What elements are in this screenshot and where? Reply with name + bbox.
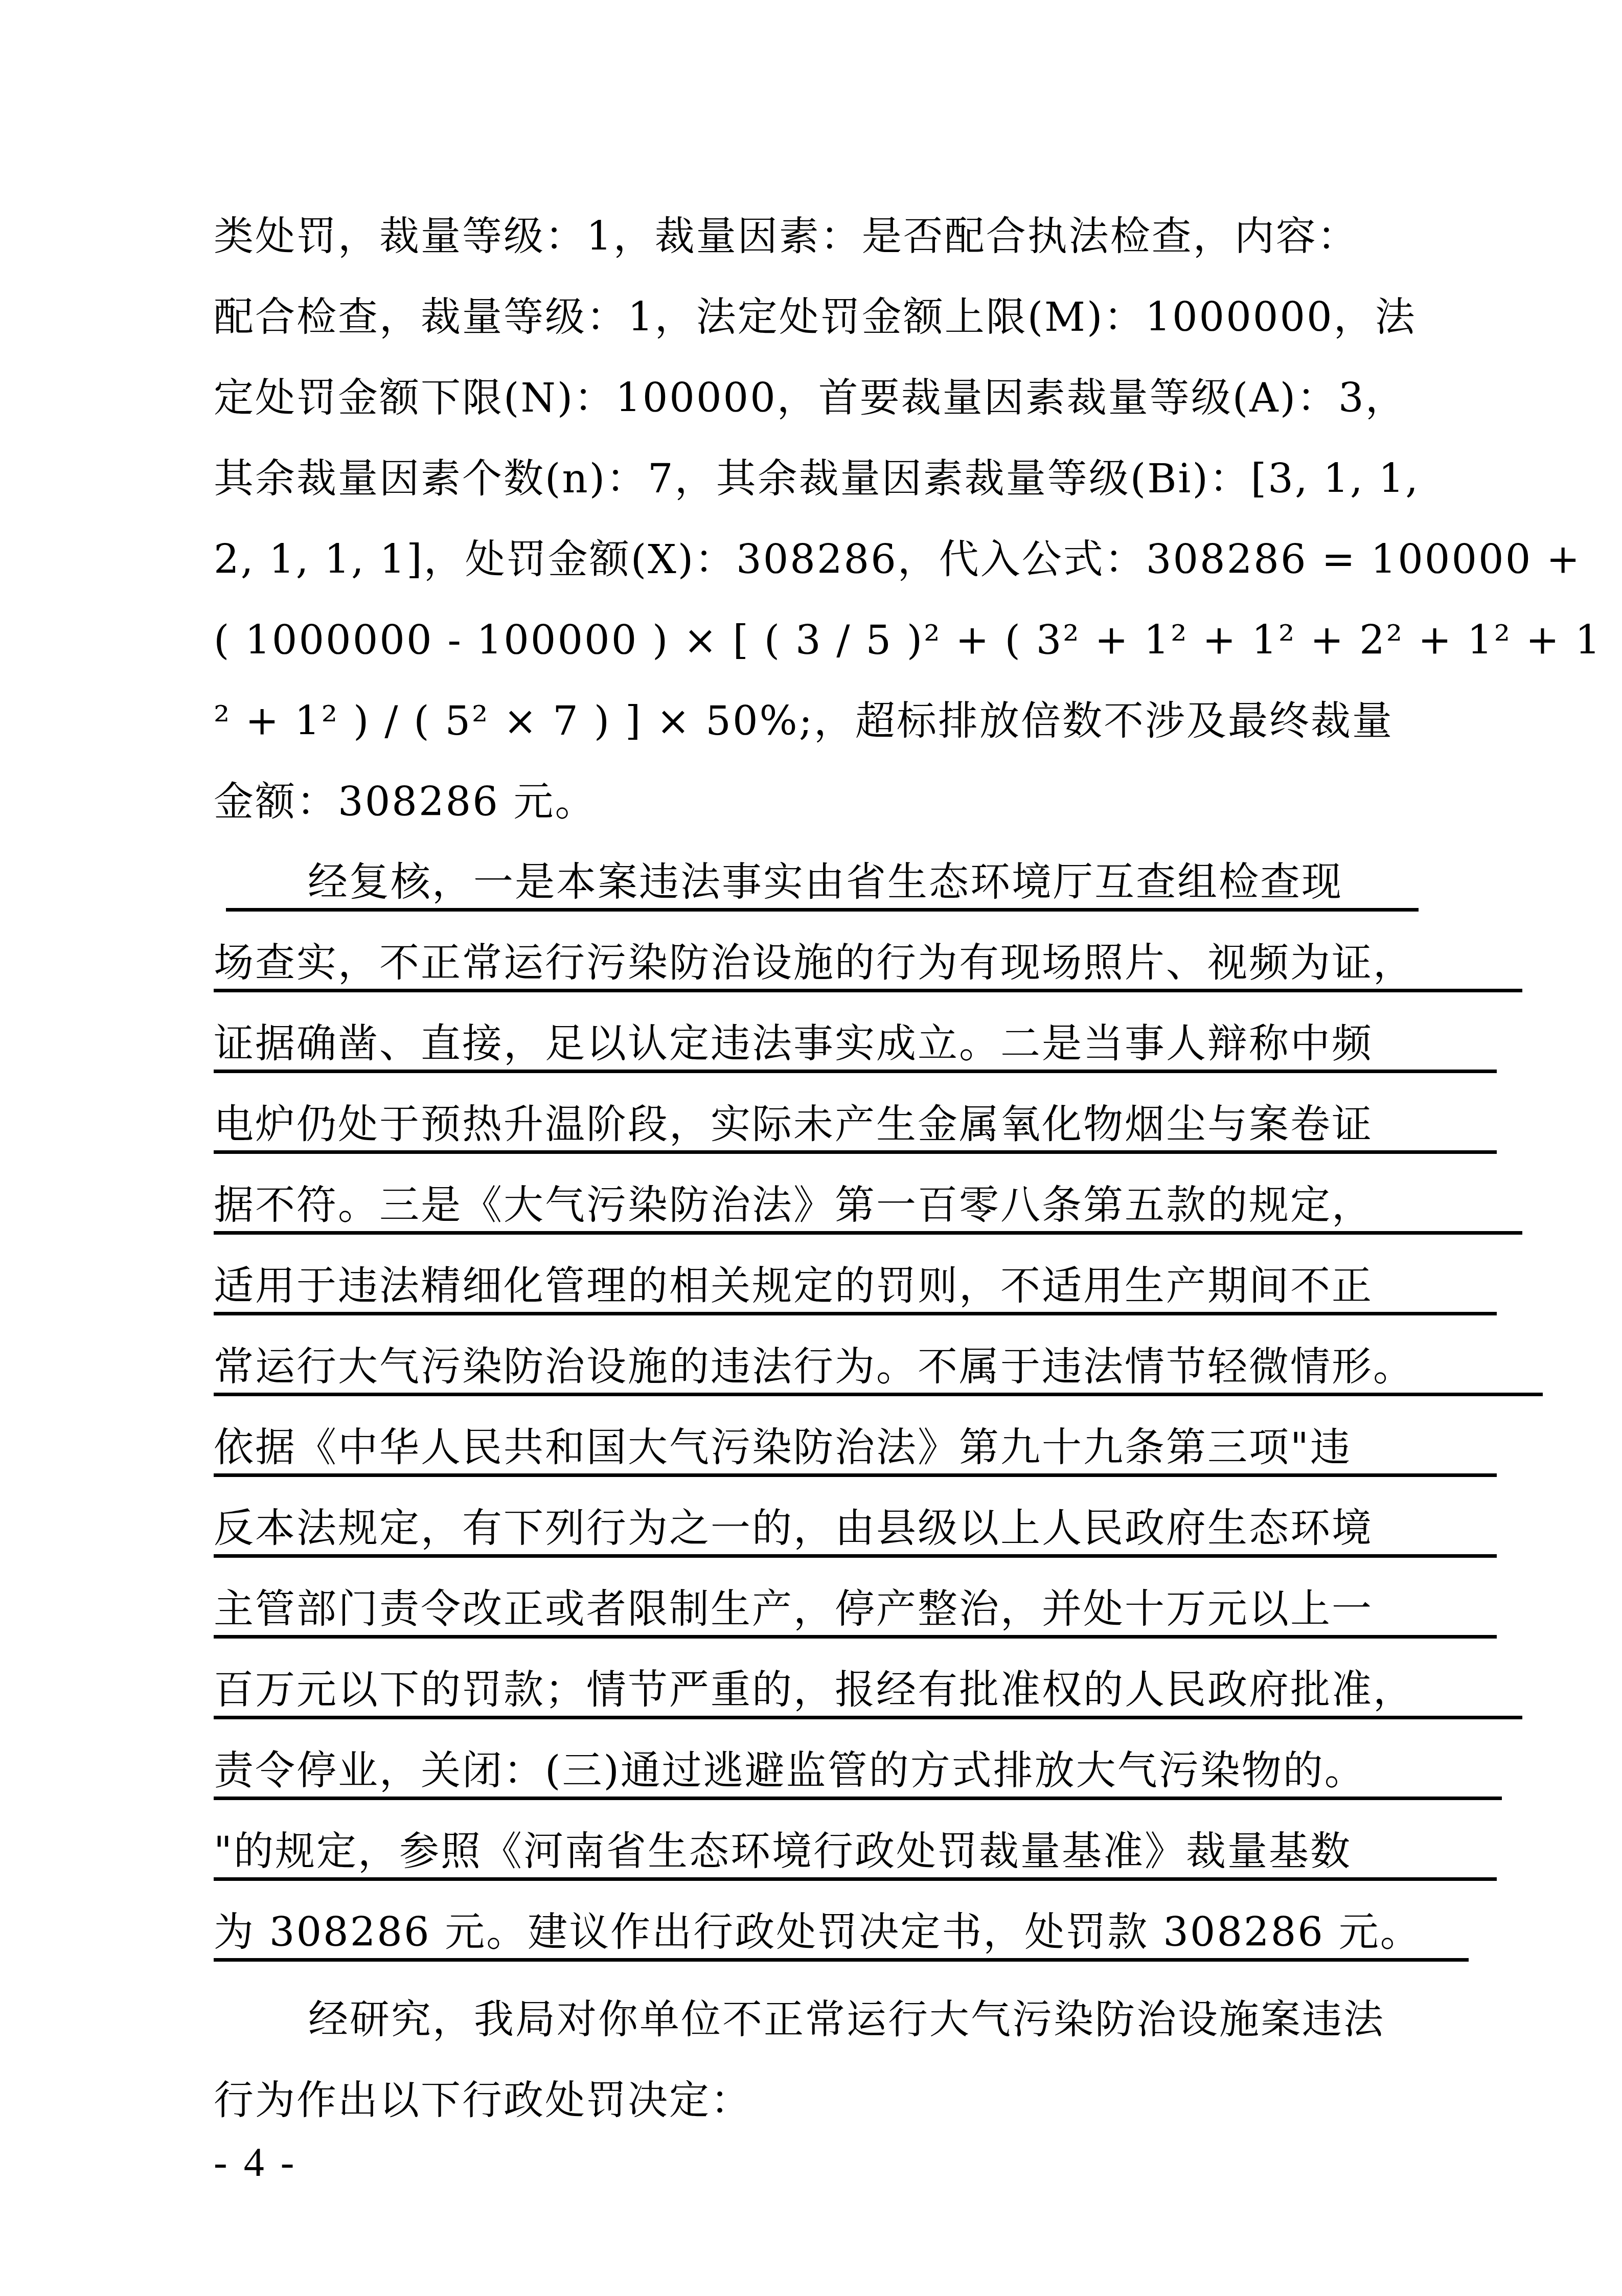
underlined-line: 场查实，不正常运行污染防治设施的行为有现场照片、视频为证， <box>214 938 1522 992</box>
underlined-line: 据不符。三是《大气污染防治法》第一百零八条第五款的规定， <box>214 1180 1522 1235</box>
underlined-line: 适用于违法精细化管理的相关规定的罚则，不适用生产期间不正 <box>214 1261 1497 1315</box>
underlined-line: 经复核，一是本案违法事实由省生态环境厅互查组检查现 <box>226 857 1419 912</box>
text-line: 2, 1, 1, 1]，处罚金额(X)：308286，代入公式：308286 =… <box>214 532 1581 588</box>
text-span: 经复核，一是本案违法事实由省生态环境厅互查组检查现 <box>308 859 1343 905</box>
text-line: 配合检查，裁量等级：1，法定处罚金额上限(M)：1000000，法 <box>214 289 1417 346</box>
underlined-line: "的规定，参照《河南省生态环境行政处罚裁量基准》裁量基数 <box>214 1826 1497 1881</box>
underlined-line: 百万元以下的罚款；情节严重的，报经有批准权的人民政府批准， <box>214 1665 1522 1719</box>
text-line: 行为作出以下行政处罚决定： <box>214 2073 752 2129</box>
underlined-line: 电炉仍处于预热升温阶段，实际未产生金属氧化物烟尘与案卷证 <box>214 1099 1497 1154</box>
document-page: 类处罚，裁量等级：1，裁量因素：是否配合执法检查，内容： 配合检查，裁量等级：1… <box>0 0 1622 2296</box>
underlined-line: 为 308286 元。建议作出行政处罚决定书，处罚款 308286 元。 <box>214 1907 1469 1962</box>
underlined-line: 主管部门责令改正或者限制生产，停产整治，并处十万元以上一 <box>214 1584 1497 1639</box>
text-line: 经研究，我局对你单位不正常运行大气污染防治设施案违法 <box>214 1992 1385 2048</box>
text-line: 金额：308286 元。 <box>214 774 597 830</box>
underlined-line: 反本法规定，有下列行为之一的，由县级以上人民政府生态环境 <box>214 1503 1497 1558</box>
underlined-line: 常运行大气污染防治设施的违法行为。不属于违法情节轻微情形。 <box>214 1342 1543 1396</box>
formula-line: ( 1000000 - 100000 ) × [ ( 3 / 5 )² + ( … <box>214 612 1602 669</box>
underlined-line: 证据确凿、直接，足以认定违法事实成立。二是当事人辩称中频 <box>214 1018 1497 1073</box>
underlined-line: 责令停业，关闭：(三)通过逃避监管的方式排放大气污染物的。 <box>214 1745 1502 1800</box>
page-number: - 4 - <box>214 2137 297 2188</box>
text-line: 类处罚，裁量等级：1，裁量因素：是否配合执法检查，内容： <box>214 209 1359 265</box>
text-line: 其余裁量因素个数(n)：7，其余裁量因素裁量等级(Bi)：[3, 1, 1, <box>214 451 1420 507</box>
underlined-line: 依据《中华人民共和国大气污染防治法》第九十九条第三项"违 <box>214 1422 1497 1477</box>
text-line: 定处罚金额下限(N)：100000，首要裁量因素裁量等级(A)：3， <box>214 370 1407 426</box>
formula-line: ² + 1² ) / ( 5² × 7 ) ] × 50%;，超标排放倍数不涉及… <box>214 693 1393 749</box>
